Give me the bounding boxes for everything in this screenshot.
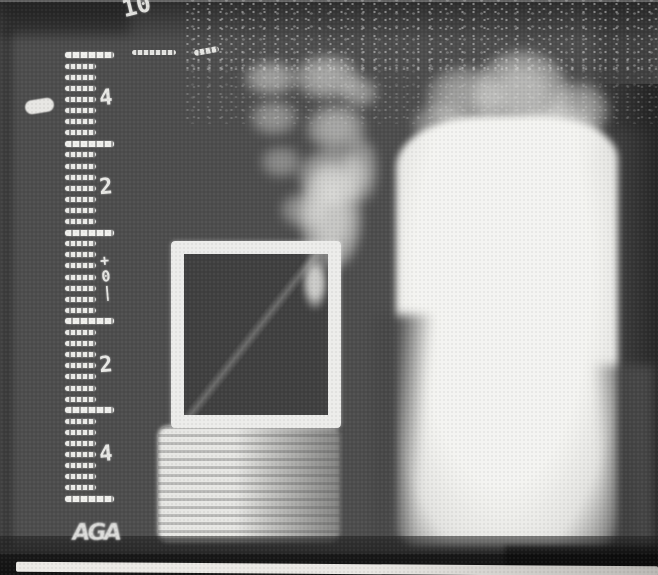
frame-top-left-shadow (0, 0, 130, 34)
page-top-edge (0, 0, 658, 2)
scale-label-glyph: 2 (99, 178, 114, 198)
scanline-stripes (158, 426, 340, 542)
scale-minor-tick (65, 330, 96, 335)
right-leg-contour-shadow (372, 315, 440, 550)
scale-minor-tick (65, 397, 96, 402)
scale-minor-tick (65, 308, 96, 313)
scale-minor-tick (65, 374, 96, 379)
left-leg-hotspot (260, 146, 302, 178)
scale-major-tick (65, 52, 114, 58)
scale-minor-tick (65, 186, 96, 191)
scale-minor-tick (65, 452, 96, 457)
scale-minor-tick (65, 130, 96, 135)
side-reference-marker (24, 97, 55, 115)
frame-left-shadow (0, 28, 13, 548)
scale-minor-tick (65, 352, 96, 357)
scale-label: 4 (92, 444, 120, 465)
temperature-scale: 42+0|24 (63, 55, 119, 499)
scale-minor-tick (65, 219, 96, 224)
thermogram-photo: 42+0|24 10 AGA (0, 0, 658, 575)
scale-major-tick (65, 141, 114, 147)
scale-minor-tick (65, 75, 96, 80)
scale-minor-tick (65, 64, 96, 69)
scale-minor-tick (65, 363, 96, 368)
scale-minor-tick (65, 430, 96, 435)
scale-minor-tick (65, 208, 96, 213)
scale-minor-tick (65, 286, 96, 291)
left-leg-hotspot (340, 76, 378, 108)
scale-minor-tick (65, 108, 96, 113)
scale-minor-tick (65, 463, 96, 468)
scale-label-glyph: 4 (99, 90, 114, 110)
scale-minor-tick (65, 152, 96, 157)
left-leg-hotspot (250, 100, 298, 136)
roi-inner-warm-streak (302, 256, 328, 310)
scale-minor-tick (65, 297, 96, 302)
scale-minor-tick (65, 441, 96, 446)
scale-label: 4 (92, 89, 120, 110)
scale-minor-tick (65, 419, 96, 424)
scale-label-glyph: 2 (99, 356, 114, 376)
scale-label: +0| (91, 252, 121, 301)
scale-label-glyph: 4 (99, 445, 114, 465)
scale-label-glyph: | (102, 284, 112, 300)
reference-dash (132, 50, 176, 55)
scale-minor-tick (65, 164, 96, 169)
scale-major-tick (65, 407, 114, 413)
scale-minor-tick (65, 341, 96, 346)
left-leg-hotspot (244, 60, 298, 96)
scale-minor-tick (65, 119, 96, 124)
scale-major-tick (65, 496, 114, 502)
aga-logo: AGA (70, 520, 121, 546)
scale-label: 2 (92, 355, 120, 376)
scale-minor-tick (65, 485, 96, 490)
scale-minor-tick (65, 197, 96, 202)
scale-minor-tick (65, 97, 96, 102)
right-leg-contour-shadow (580, 365, 654, 560)
scale-label: 2 (92, 178, 120, 199)
scale-minor-tick (65, 386, 96, 391)
scale-minor-tick (65, 275, 96, 280)
scale-minor-tick (65, 474, 96, 479)
scale-major-tick (65, 230, 114, 236)
scale-major-tick (65, 318, 114, 324)
scale-minor-tick (65, 241, 96, 246)
